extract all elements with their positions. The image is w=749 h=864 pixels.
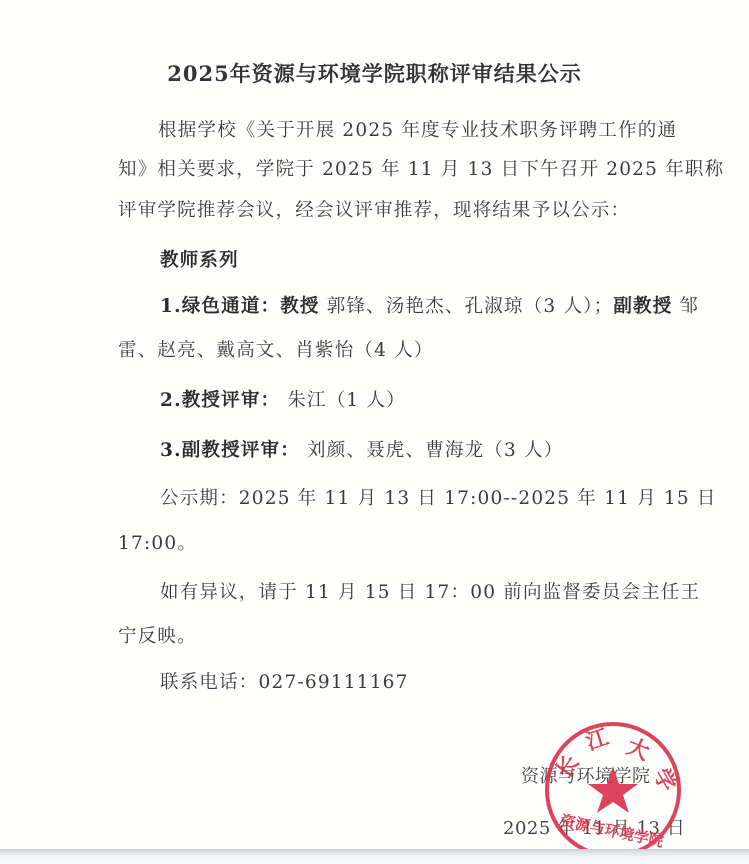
professor-names: 郭锋、汤艳杰、孔淑琼（3 人）；: [320, 296, 614, 317]
objection-line-1: 如有异议，请于 11 月 15 日 17：00 前向监督委员会主任王: [160, 578, 700, 604]
item-names: 朱江（1 人）: [280, 390, 406, 411]
item-professor-review: 2.教授评审： 朱江（1 人）: [160, 386, 406, 412]
item-names: 刘颜、聂虎、曹海龙（3 人）: [300, 440, 564, 461]
rank-professor: 教授: [280, 296, 319, 317]
stamp-star-icon: [588, 766, 638, 813]
viewer-bottom-border: [0, 849, 749, 864]
section-heading: 教师系列: [160, 246, 239, 272]
item-associate-review: 3.副教授评审： 刘颜、聂虎、曹海龙（3 人）: [160, 436, 563, 462]
item-green-channel: 1.绿色通道：教授 郭锋、汤艳杰、孔淑琼（3 人）；副教授 邹: [160, 292, 699, 318]
document-page: 2025年资源与环境学院职称评审结果公示 根据学校《关于开展 2025 年度专业…: [0, 0, 749, 849]
stamp-char-2: 江: [583, 725, 613, 756]
rank-associate-professor: 副教授: [613, 296, 672, 317]
intro-line-3: 评审学院推荐会议，经会议评审推荐，现将结果予以公示：: [118, 196, 630, 222]
official-seal-stamp: 长 江 大 学 资源与环境学院: [541, 718, 681, 864]
publicity-period-line-2: 17:00。: [118, 529, 197, 555]
objection-line-2: 宁反映。: [118, 622, 197, 648]
stamp-char-3: 大: [623, 734, 653, 765]
item-label: 3.副教授评审：: [160, 440, 300, 461]
item-label: 2.教授评审：: [160, 390, 280, 411]
intro-line-1: 根据学校《关于开展 2025 年度专业技术职务评聘工作的通: [158, 116, 677, 142]
page-title: 2025年资源与环境学院职称评审结果公示: [0, 58, 749, 88]
contact-phone: 联系电话：027-69111167: [160, 668, 409, 694]
associate-names-part2: 雷、赵亮、戴高文、肖紫怡（4 人）: [118, 336, 434, 362]
publicity-period-line-1: 公示期：2025 年 11 月 13 日 17:00--2025 年 11 月 …: [160, 484, 717, 510]
associate-names-part1: 邹: [672, 296, 699, 317]
intro-line-2: 知》相关要求，学院于 2025 年 11 月 13 日下午召开 2025 年职称: [118, 155, 724, 181]
item-label: 1.绿色通道：: [160, 296, 280, 317]
